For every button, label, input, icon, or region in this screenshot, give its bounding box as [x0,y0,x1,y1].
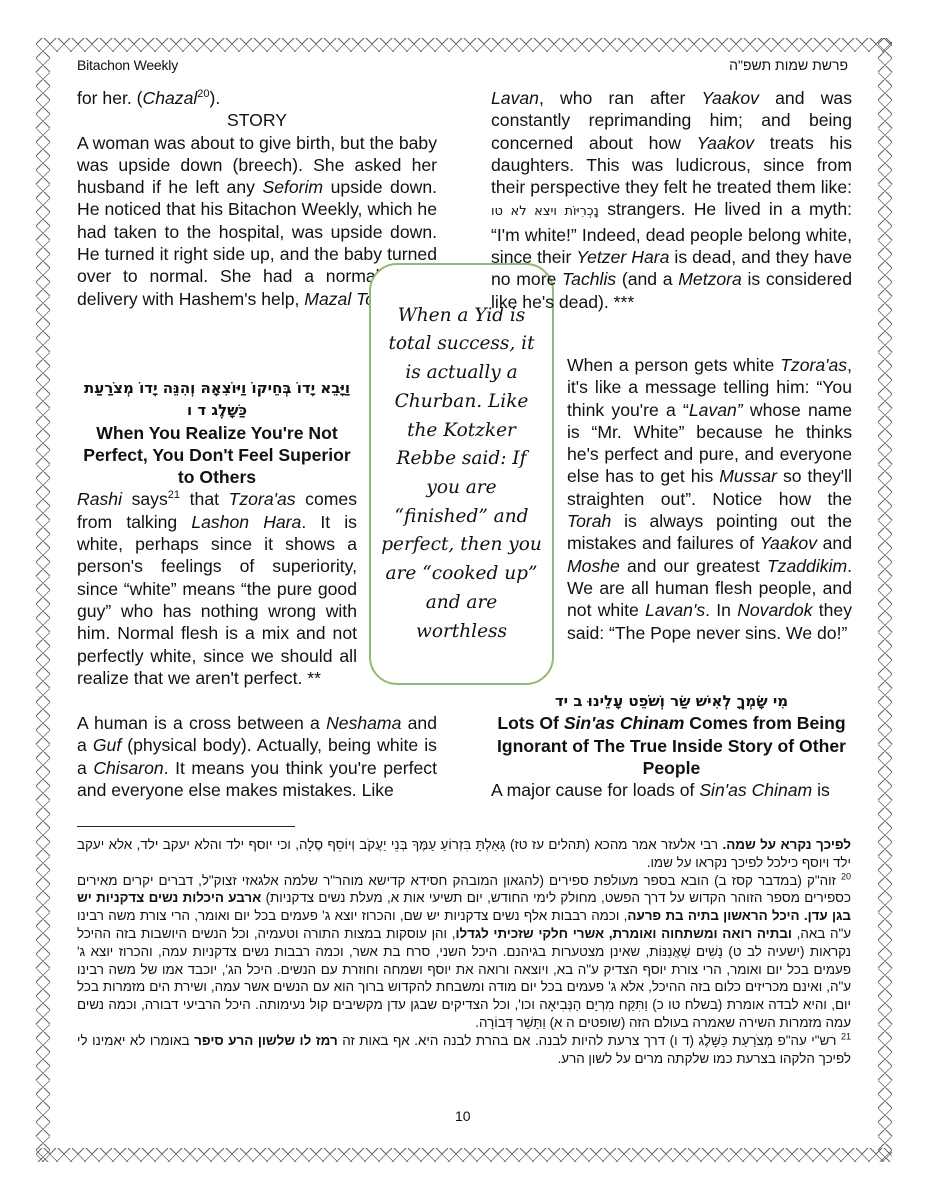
left-column-lower: וַיָּבֵא יָדוֹ בְּחֵיקוֹ וַיּוֹצִאָהּ וְ… [77,377,357,689]
page-number: 10 [455,1108,471,1124]
major-cause-paragraph: A major cause for loads of Sin'as Chinam… [491,779,852,801]
footnote-separator [77,826,295,827]
border-right [878,38,892,1162]
right-column-lower: מִי שָׂמְךָ לְאִישׁ שַׂר וְשֹׁפֵט עָלֵינ… [491,690,852,801]
lavan-paragraph: Lavan, who ran after Yaakov and was cons… [491,87,852,313]
continuation-line: for her. (Chazal20). [77,87,437,109]
tzoraas-paragraph: When a person gets white Tzora'as, it's … [567,354,852,644]
hebrew-verse-left: וַיָּבֵא יָדוֹ בְּחֵיקוֹ וַיּוֹצִאָהּ וְ… [77,377,357,422]
section-heading-superior: When You Realize You're Not Perfect, You… [77,422,357,489]
border-top [36,38,892,52]
footnote-ref-21[interactable]: 21 [168,490,180,502]
story-heading: STORY [77,109,437,131]
section-heading-sinas-chinam: Lots Of Sin'as Chinam Comes from Being I… [491,712,852,779]
footnote-ref-20[interactable]: 20 [197,88,209,100]
hebrew-inline-nachriyos: נָכְרִיּוֹת ויצא לא טו [491,204,599,219]
header-parsha-title: פרשת שמות תשפ"ה [729,57,848,73]
header-publication-title: Bitachon Weekly [77,57,178,73]
footnote-21: 21 רש"י עה"פ מְצֹרַעַת כַּשָּׁלֶג (ד ו) … [77,1032,851,1068]
hebrew-verse-right: מִי שָׂמְךָ לְאִישׁ שַׂר וְשֹׁפֵט עָלֵינ… [491,690,852,712]
footnote-continuation: לפיכך נקרא על שמה. רבי אלעזר אמר מהכא (ת… [77,836,851,872]
right-column-middle: When a person gets white Tzora'as, it's … [567,354,852,644]
right-column: Lavan, who ran after Yaakov and was cons… [491,87,852,354]
border-left [36,38,50,1162]
rashi-paragraph: Rashi says21 that Tzora'as comes from ta… [77,488,357,689]
footnote-20: 20 זוה"ק (במדבר קסז ב) הובא בספר מעולפת … [77,872,851,1032]
left-column-bottom: A human is a cross between a Neshama and… [77,712,437,801]
border-bottom [36,1148,892,1162]
neshama-paragraph: A human is a cross between a Neshama and… [77,712,437,801]
footnotes: לפיכך נקרא על שמה. רבי אלעזר אמר מהכא (ת… [77,836,851,1067]
